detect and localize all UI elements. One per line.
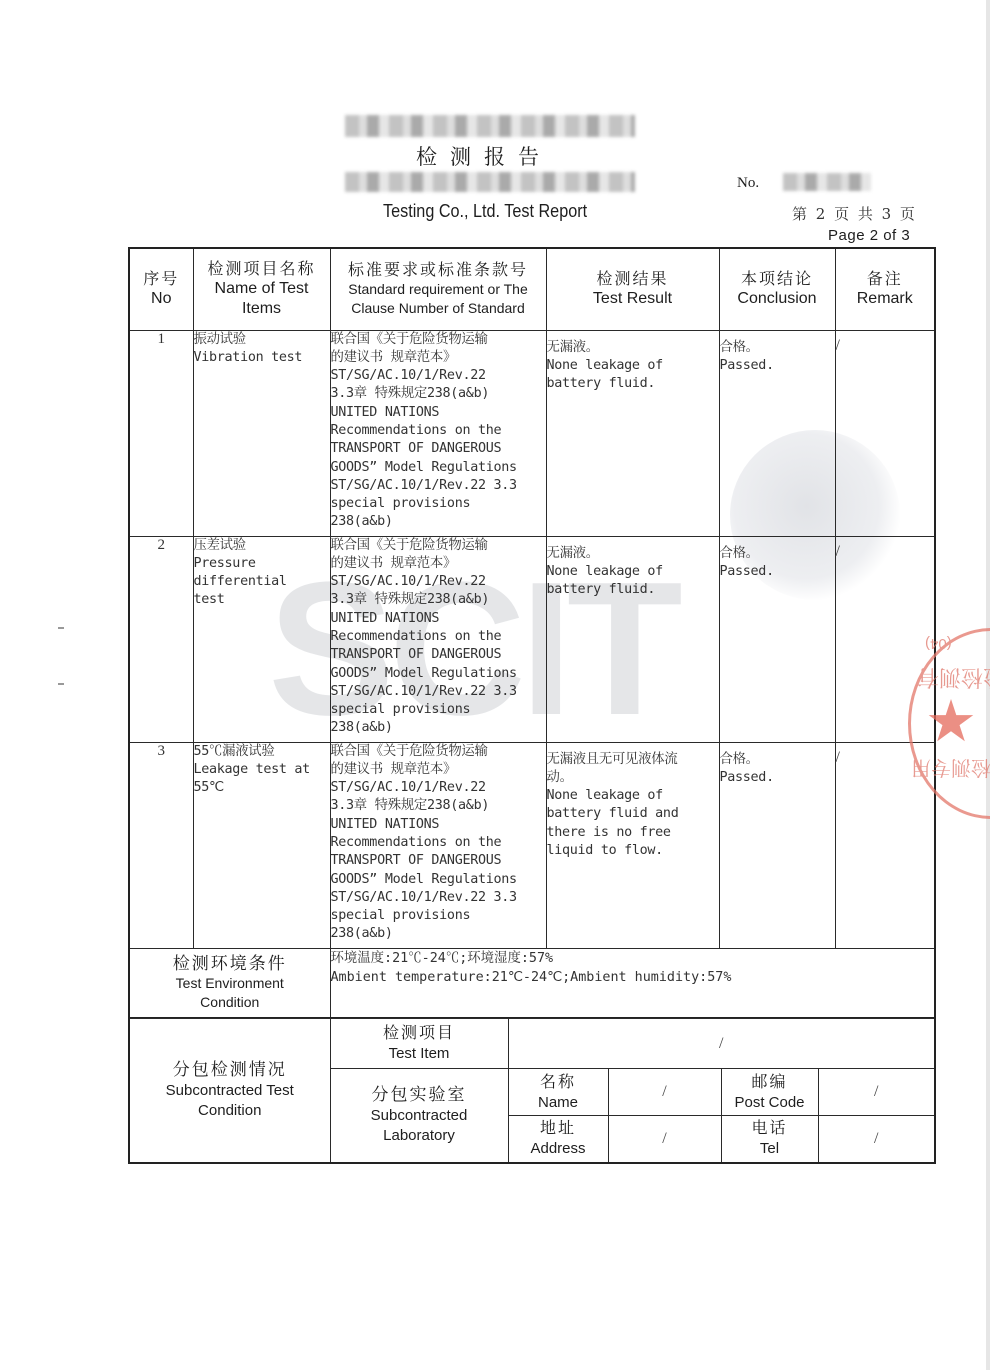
test-item-value: / <box>508 1019 935 1069</box>
standard-line: 联合国《关于危险货物运输 <box>331 537 546 555</box>
test-result-line: 动。 <box>547 769 719 787</box>
standard-line: UNITED NATIONS <box>331 404 546 422</box>
test-item-name-en: Pressure <box>194 555 330 573</box>
conclusion-line: 合格。 <box>720 545 835 563</box>
label-cn: 名称 <box>540 1072 576 1091</box>
col-header-standard: 标准要求或标准条款号 Standard requirement or The C… <box>330 248 546 330</box>
test-item-name-en: Vibration test <box>194 349 330 367</box>
standard-line: 238(a&b) <box>331 513 546 531</box>
col-header-en: Clause Number of Standard <box>331 299 546 318</box>
standard-line: Recommendations on the <box>331 628 546 646</box>
standard-line: ST/SG/AC.10/1/Rev.22 3.3 <box>331 889 546 907</box>
test-result-line: there is no free <box>547 824 719 842</box>
remark: / <box>835 330 935 536</box>
label-en: Post Code <box>722 1093 818 1113</box>
label-cn: 电话 <box>751 1118 787 1137</box>
test-result-line: None leakage of <box>547 357 719 375</box>
standard-line: GOODS” Model Regulations <box>331 871 546 889</box>
conclusion-line: Passed. <box>720 563 835 581</box>
standard-line: ST/SG/AC.10/1/Rev.22 3.3 <box>331 477 546 495</box>
tel-label: 电话 Tel <box>721 1116 818 1163</box>
col-header-no: 序号 No <box>129 248 193 330</box>
name-label: 名称 Name <box>508 1069 608 1116</box>
label-en: Test Environment <box>130 974 330 993</box>
col-header-cn: 序号 <box>130 269 193 289</box>
standard-line: UNITED NATIONS <box>331 610 546 628</box>
test-item-name: 振动试验Vibration test <box>193 330 330 536</box>
test-result-line: battery fluid. <box>547 581 719 599</box>
test-item-name-en: test <box>194 591 330 609</box>
standard-line: UNITED NATIONS <box>331 816 546 834</box>
table-row: 355℃漏液试验Leakage test at55℃联合国《关于危险货物运输的建… <box>129 742 935 948</box>
col-header-cn: 本项结论 <box>720 269 835 289</box>
label-en: Laboratory <box>331 1126 508 1146</box>
environment-row: 检测环境条件 Test Environment Condition 环境温度:2… <box>129 948 935 1018</box>
col-header-en: Name of Test Items <box>194 279 330 319</box>
standard-line: 3.3章 特殊规定238(a&b) <box>331 385 546 403</box>
col-header-en: Standard requirement or The <box>331 280 546 299</box>
stamp-code: (04) <box>925 635 952 652</box>
conclusion: 合格。Passed. <box>719 330 835 536</box>
conclusion-line: Passed. <box>720 357 835 375</box>
row-number: 2 <box>129 536 193 742</box>
standard-line: 联合国《关于危险货物运输 <box>331 743 546 761</box>
standard-line: ST/SG/AC.10/1/Rev.22 <box>331 779 546 797</box>
subcontract-table: 分包检测情况 Subcontracted Test Condition 检测项目… <box>128 1018 936 1164</box>
conclusion-line: Passed. <box>720 769 835 787</box>
environment-value-cn: 环境温度:21℃-24℃;环境湿度:57% <box>331 949 935 968</box>
page-indicator-en: Page 2 of 3 <box>828 227 910 244</box>
label-cn: 分包实验室 <box>372 1085 467 1105</box>
label-cn: 邮编 <box>751 1072 787 1091</box>
conclusion: 合格。Passed. <box>719 742 835 948</box>
label-en: Subcontracted <box>331 1106 508 1126</box>
standard-line: special provisions <box>331 495 546 513</box>
table-header-row: 序号 No 检测项目名称 Name of Test Items 标准要求或标准条… <box>129 248 935 330</box>
col-header-cn: 备注 <box>836 269 935 289</box>
standard-requirement: 联合国《关于危险货物运输的建议书 规章范本》ST/SG/AC.10/1/Rev.… <box>330 330 546 536</box>
report-title-en: Testing Co., Ltd. Test Report <box>383 201 587 222</box>
redacted-company-name-en <box>345 172 635 192</box>
col-header-remark: 备注 Remark <box>835 248 935 330</box>
standard-line: 的建议书 规章范本》 <box>331 761 546 779</box>
col-header-en: Conclusion <box>720 289 835 309</box>
standard-line: 3.3章 特殊规定238(a&b) <box>331 797 546 815</box>
col-header-cn: 检测结果 <box>547 269 719 289</box>
standard-line: TRANSPORT OF DANGEROUS <box>331 440 546 458</box>
conclusion-line: 合格。 <box>720 751 835 769</box>
col-header-en: Test Result <box>547 289 719 309</box>
test-result-line: battery fluid and <box>547 805 719 823</box>
test-result-line: None leakage of <box>547 787 719 805</box>
test-item-label: 检测项目 Test Item <box>330 1019 508 1069</box>
table-row: 1振动试验Vibration test联合国《关于危险货物运输的建议书 规章范本… <box>129 330 935 536</box>
environment-label: 检测环境条件 Test Environment Condition <box>129 948 330 1018</box>
redacted-report-number <box>783 173 871 191</box>
standard-line: Recommendations on the <box>331 834 546 852</box>
standard-line: special provisions <box>331 907 546 925</box>
col-header-cn: 标准要求或标准条款号 <box>331 260 546 280</box>
test-result-line: 无漏液且无可见液体流 <box>547 751 719 769</box>
conclusion-line: 合格。 <box>720 339 835 357</box>
standard-line: special provisions <box>331 701 546 719</box>
test-results-table: 序号 No 检测项目名称 Name of Test Items 标准要求或标准条… <box>128 247 936 1019</box>
environment-value: 环境温度:21℃-24℃;环境湿度:57% Ambient temperatur… <box>330 948 935 1018</box>
subcontract-label: 分包检测情况 Subcontracted Test Condition <box>129 1019 330 1163</box>
standard-line: TRANSPORT OF DANGEROUS <box>331 852 546 870</box>
test-result: 无漏液。None leakage ofbattery fluid. <box>546 330 719 536</box>
col-header-en: No <box>130 289 193 309</box>
table-row: 2压差试验Pressuredifferentialtest联合国《关于危险货物运… <box>129 536 935 742</box>
label-en: Subcontracted Test <box>130 1081 330 1101</box>
col-header-result: 检测结果 Test Result <box>546 248 719 330</box>
report-title-cn: 检测报告 <box>416 141 552 171</box>
standard-line: 238(a&b) <box>331 719 546 737</box>
col-header-cn: 检测项目名称 <box>194 259 330 279</box>
test-item-name: 压差试验Pressuredifferentialtest <box>193 536 330 742</box>
postcode-label: 邮编 Post Code <box>721 1069 818 1116</box>
row-number: 1 <box>129 330 193 536</box>
standard-line: ST/SG/AC.10/1/Rev.22 3.3 <box>331 683 546 701</box>
label-en: Name <box>509 1093 608 1113</box>
test-result: 无漏液且无可见液体流动。None leakage ofbattery fluid… <box>546 742 719 948</box>
test-item-name-en: Leakage test at <box>194 761 330 779</box>
test-result-line: None leakage of <box>547 563 719 581</box>
tel-value: / <box>818 1116 935 1163</box>
label-en: Test Item <box>331 1044 508 1064</box>
standard-line: GOODS” Model Regulations <box>331 665 546 683</box>
test-result-line: 无漏液。 <box>547 545 719 563</box>
standard-line: Recommendations on the <box>331 422 546 440</box>
standard-line: 3.3章 特殊规定238(a&b) <box>331 591 546 609</box>
label-en: Address <box>509 1139 608 1159</box>
margin-mark <box>58 627 64 629</box>
label-en: Condition <box>130 993 330 1012</box>
standard-line: 的建议书 规章范本》 <box>331 555 546 573</box>
star-icon: ★ <box>925 693 977 751</box>
address-label: 地址 Address <box>508 1116 608 1163</box>
standard-requirement: 联合国《关于危险货物运输的建议书 规章范本》ST/SG/AC.10/1/Rev.… <box>330 536 546 742</box>
address-value: / <box>608 1116 721 1163</box>
standard-line: 的建议书 规章范本》 <box>331 349 546 367</box>
label-cn: 检测环境条件 <box>130 954 330 974</box>
margin-mark <box>58 683 64 685</box>
postcode-value: / <box>818 1069 935 1116</box>
test-result-line: 无漏液。 <box>547 339 719 357</box>
row-number: 3 <box>129 742 193 948</box>
label-en: Tel <box>722 1139 818 1159</box>
test-item-name-cn: 55℃漏液试验 <box>194 743 330 761</box>
label-en: Condition <box>130 1101 330 1121</box>
stamp-text-bottom: 检测专用 <box>911 755 990 784</box>
subcontract-lab-label: 分包实验室 Subcontracted Laboratory <box>330 1069 508 1163</box>
standard-line: ST/SG/AC.10/1/Rev.22 <box>331 367 546 385</box>
standard-line: TRANSPORT OF DANGEROUS <box>331 646 546 664</box>
col-header-en: Remark <box>836 289 935 309</box>
test-result-line: liquid to flow. <box>547 842 719 860</box>
standard-line: GOODS” Model Regulations <box>331 459 546 477</box>
test-result-line: battery fluid. <box>547 375 719 393</box>
test-item-name: 55℃漏液试验Leakage test at55℃ <box>193 742 330 948</box>
conclusion: 合格。Passed. <box>719 536 835 742</box>
page-indicator-cn: 第 2 页 共 3 页 <box>792 203 917 224</box>
label-cn: 分包检测情况 <box>173 1060 287 1080</box>
standard-line: 238(a&b) <box>331 925 546 943</box>
test-result: 无漏液。None leakage ofbattery fluid. <box>546 536 719 742</box>
standard-requirement: 联合国《关于危险货物运输的建议书 规章范本》ST/SG/AC.10/1/Rev.… <box>330 742 546 948</box>
standard-line: ST/SG/AC.10/1/Rev.22 <box>331 573 546 591</box>
report-number-label: No. <box>737 175 759 192</box>
label-cn: 检测项目 <box>383 1023 455 1042</box>
label-cn: 地址 <box>540 1118 576 1137</box>
redacted-company-name-cn <box>345 115 635 137</box>
environment-value-en: Ambient temperature:21℃-24℃;Ambient humi… <box>331 968 935 987</box>
test-item-name-en: 55℃ <box>194 779 330 797</box>
standard-line: 联合国《关于危险货物运输 <box>331 331 546 349</box>
name-value: / <box>608 1069 721 1116</box>
col-header-test-name: 检测项目名称 Name of Test Items <box>193 248 330 330</box>
test-item-name-cn: 压差试验 <box>194 537 330 555</box>
col-header-conclusion: 本项结论 Conclusion <box>719 248 835 330</box>
test-item-name-cn: 振动试验 <box>194 331 330 349</box>
test-item-name-en: differential <box>194 573 330 591</box>
